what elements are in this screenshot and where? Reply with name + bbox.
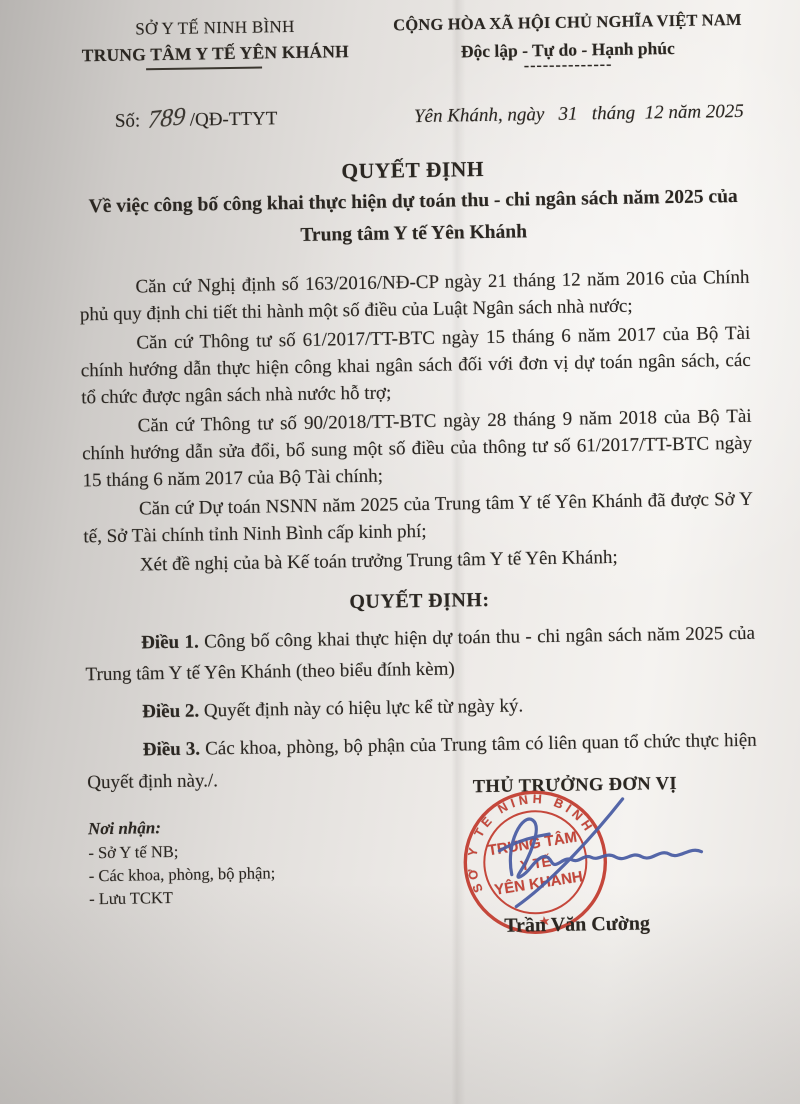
article-2-label: Điều 2.: [142, 701, 199, 723]
article-1-label: Điều 1.: [141, 632, 199, 654]
national-header-block: CỘNG HÒA XÃ HỘI CHỦ NGHĨA VIỆT NAM Độc l…: [367, 8, 768, 76]
doc-number-suffix: /QĐ-TTYT: [190, 108, 278, 130]
article-2: Điều 2. Quyết định này có hiệu lực kể từ…: [86, 687, 756, 729]
document-header: SỞ Y TẾ NINH BÌNH TRUNG TÂM Y TẾ YÊN KHÁ…: [0, 7, 800, 82]
preamble-paragraph: Căn cứ Nghị định số 163/2016/NĐ-CP ngày …: [79, 264, 750, 329]
place-date-line: Yên Khánh, ngày 31 tháng 12 năm 2025: [414, 100, 800, 128]
article-2-text: Quyết định này có hiệu lực kể từ ngày ký…: [199, 695, 523, 721]
number-date-row: Số:789/QĐ-TTYT Yên Khánh, ngày 31 tháng …: [2, 95, 800, 136]
preamble-paragraph: Căn cứ Thông tư số 61/2017/TT-BTC ngày 1…: [80, 320, 751, 412]
preamble-paragraph: Căn cứ Dự toán NSNN năm 2025 của Trung t…: [83, 486, 754, 551]
article-1: Điều 1. Công bố công khai thực hiện dự t…: [85, 618, 756, 691]
recipient-item: - Sở Y tế NB;: [88, 838, 275, 864]
preamble-paragraph: Căn cứ Thông tư số 90/2018/TT-BTC ngày 2…: [81, 403, 752, 495]
scanned-document-page: SỞ Y TẾ NINH BÌNH TRUNG TÂM Y TẾ YÊN KHÁ…: [0, 0, 800, 1104]
issuer-name-line: TRUNG TÂM Y TẾ YÊN KHÁNH: [63, 38, 368, 69]
doc-number: Số:789/QĐ-TTYT: [115, 103, 278, 134]
signature-stroke-flourish: [499, 834, 549, 851]
decision-heading: QUYẾT ĐỊNH:: [84, 581, 754, 622]
document-footer: Nơi nhận: - Sở Y tế NB; - Các khoa, phòn…: [13, 788, 800, 1101]
recipients-block: Nơi nhận: - Sở Y tế NB; - Các khoa, phòn…: [88, 814, 276, 910]
signature-stroke-main: [510, 816, 702, 877]
recipient-item: - Lưu TCKT: [89, 884, 276, 910]
signature-scribble: [481, 791, 733, 913]
preamble-section: Căn cứ Nghị định số 163/2016/NĐ-CP ngày …: [79, 264, 754, 579]
issuer-block: SỞ Y TẾ NINH BÌNH TRUNG TÂM Y TẾ YÊN KHÁ…: [62, 14, 368, 72]
doc-number-handwritten: 789: [147, 103, 186, 135]
article-3-label: Điều 3.: [143, 739, 201, 761]
recipient-item: - Các khoa, phòng, bộ phận;: [89, 861, 276, 887]
signature-block: THỦ TRƯỞNG ĐƠN VỊ SỞ Y TẾ NINH BÌNH TRUN…: [403, 789, 748, 794]
republic-line: CỘNG HÒA XÃ HỘI CHỦ NGHĨA VIỆT NAM: [367, 8, 767, 38]
articles-section: Điều 1. Công bố công khai thực hiện dự t…: [85, 618, 758, 800]
signer-name: Trần Văn Cường: [404, 911, 749, 939]
recipients-label: Nơi nhận:: [88, 814, 275, 840]
issuer-underline: [146, 66, 262, 70]
doc-number-label: Số:: [115, 110, 141, 131]
document-content: SỞ Y TẾ NINH BÌNH TRUNG TÂM Y TẾ YÊN KHÁ…: [0, 0, 800, 1104]
